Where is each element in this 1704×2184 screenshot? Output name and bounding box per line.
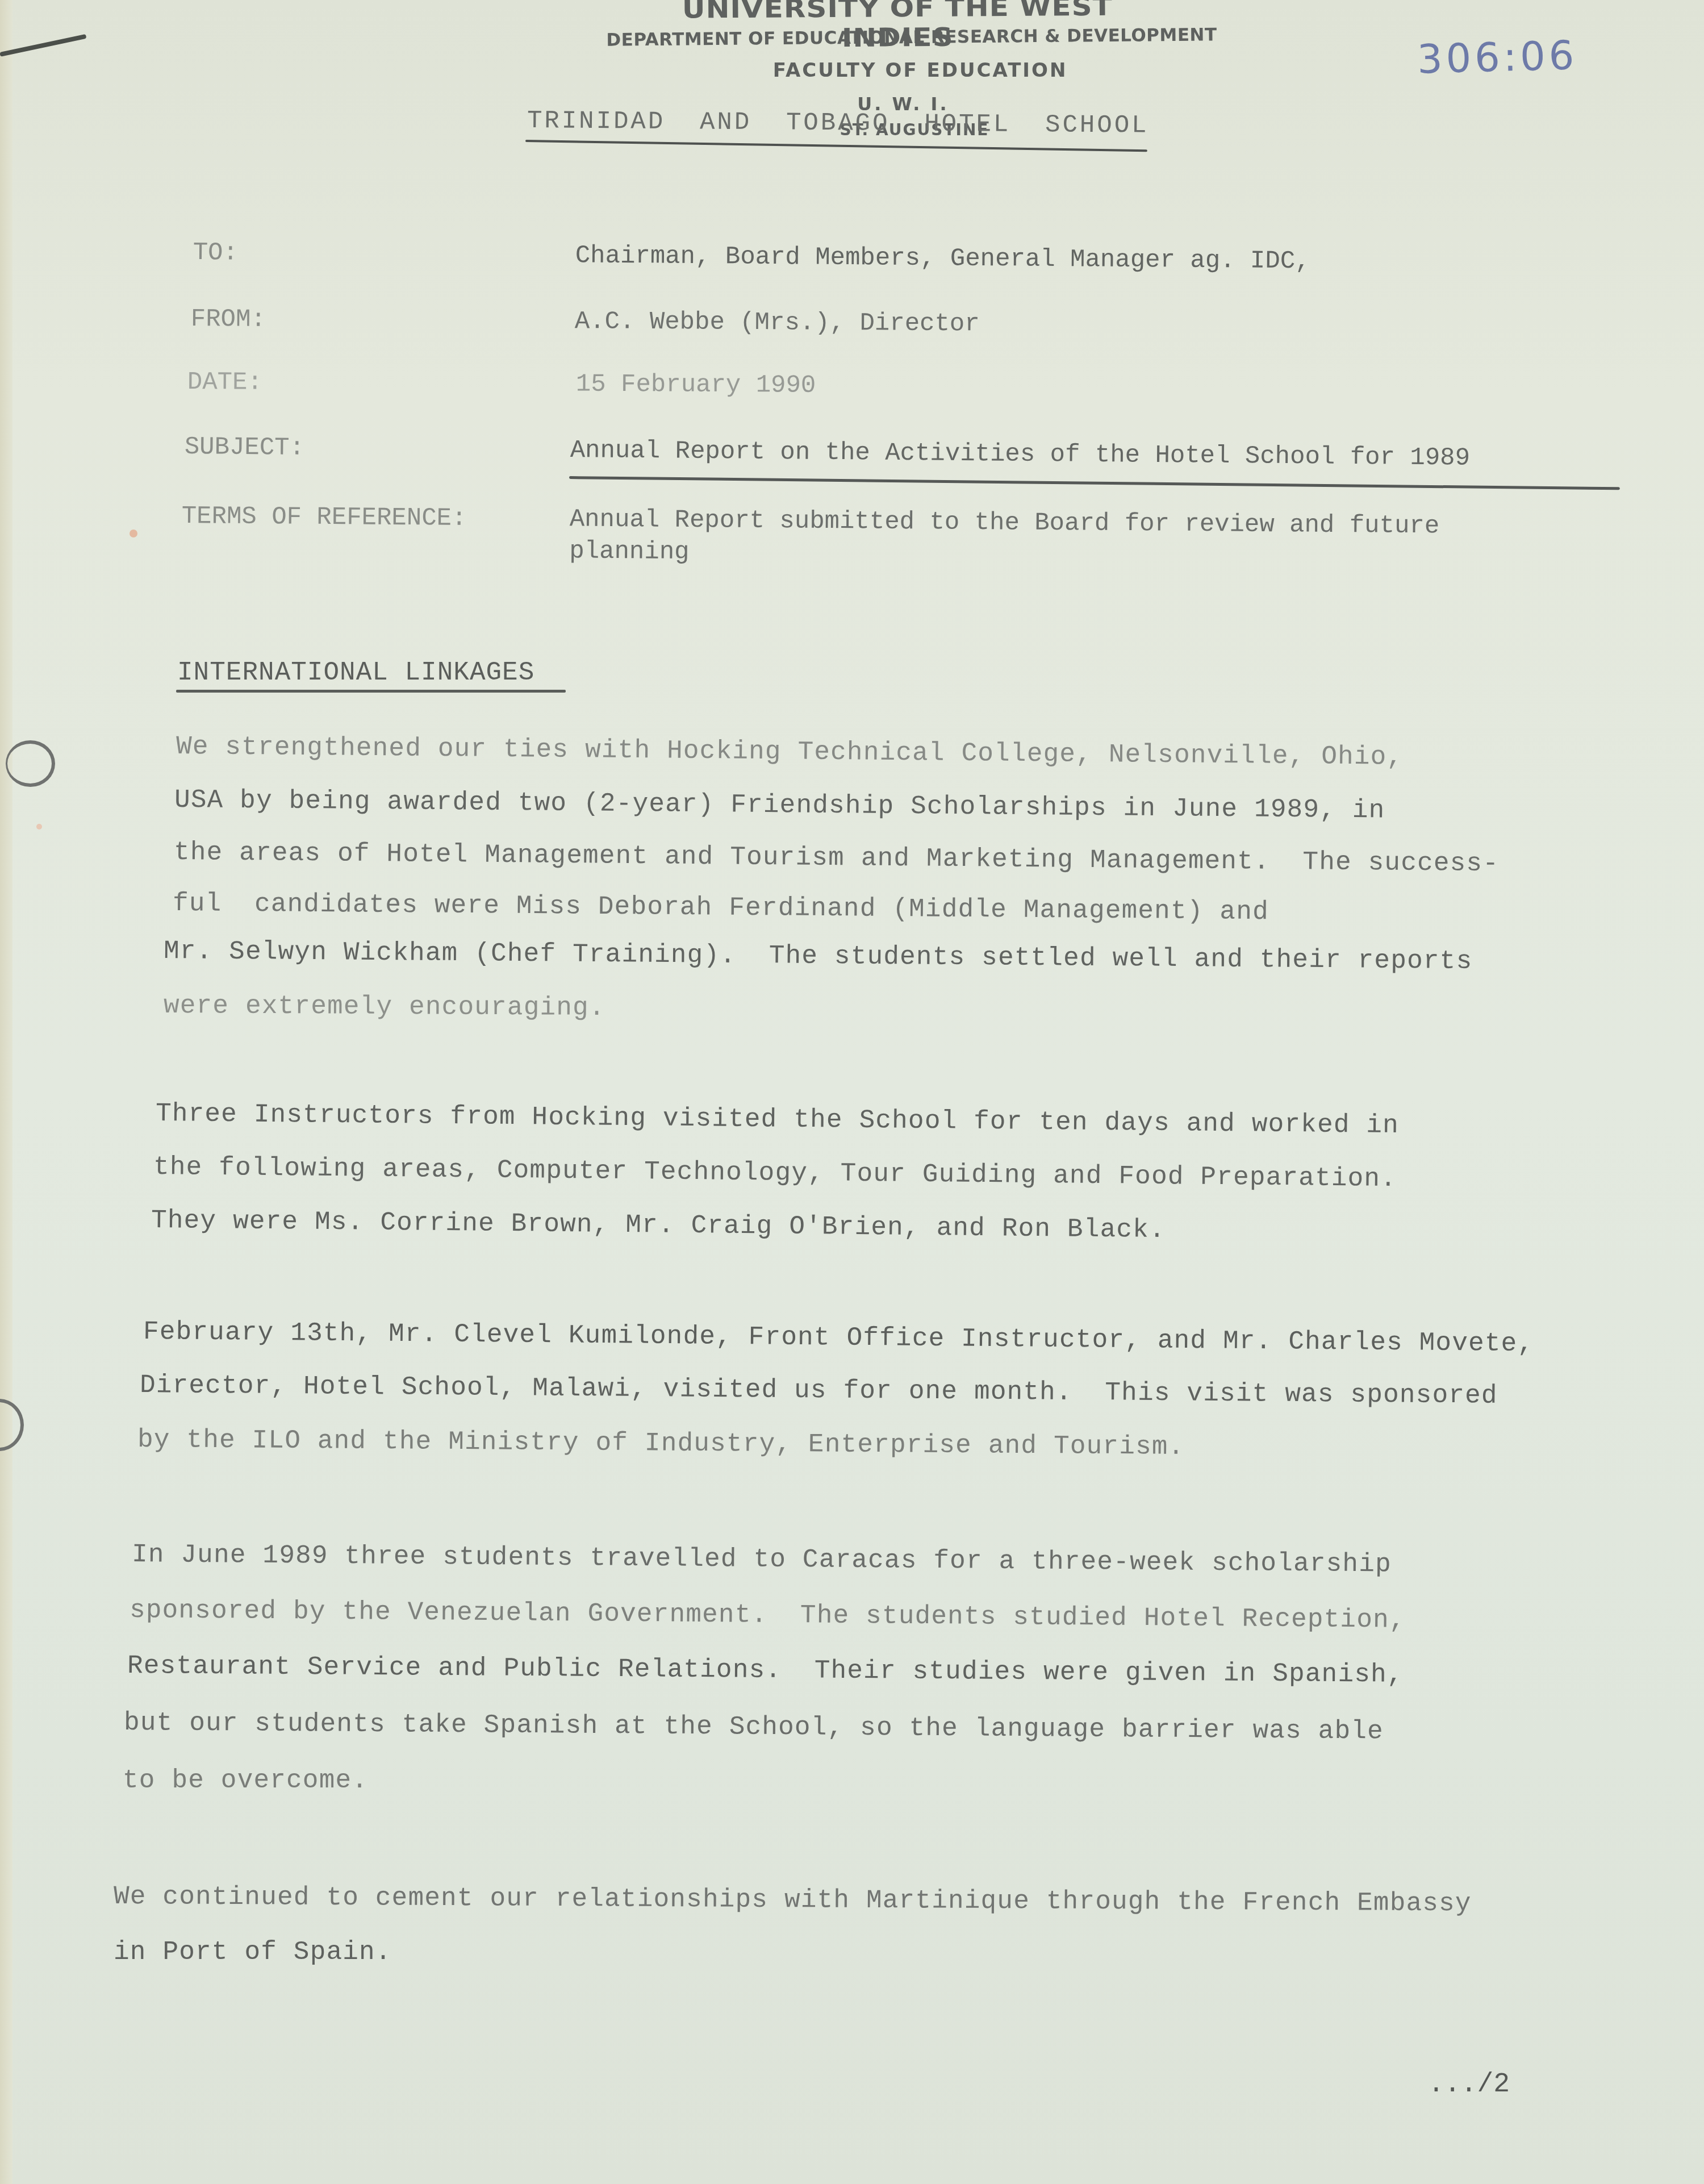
paragraph-line: Mr. Selwyn Wickham (Chef Training). The … <box>164 936 1473 976</box>
memo-terms-value-line-1: Annual Report submitted to the Board for… <box>570 505 1440 540</box>
handwritten-reference-number: 306:06 <box>1417 32 1578 82</box>
page-continuation-marker: .../2 <box>1428 2069 1510 2100</box>
paragraph-line: sponsored by the Venezuelan Government. … <box>130 1595 1406 1635</box>
memo-subject-label: SUBJECT: <box>185 433 305 462</box>
paragraph-line: the areas of Hotel Management and Touris… <box>174 837 1500 878</box>
memo-to-value: Chairman, Board Members, General Manager… <box>575 241 1310 276</box>
paragraph-line: in Port of Spain. <box>114 1937 392 1967</box>
paragraph-line: were extremely encouraging. <box>164 991 605 1023</box>
paragraph-line: They were Ms. Corrine Brown, Mr. Craig O… <box>151 1206 1166 1245</box>
school-title: TRINIDAD AND TOBAGO HOTEL SCHOOL <box>527 107 1149 140</box>
title-underline <box>525 140 1147 152</box>
paragraph-line: by the ILO and the Ministry of Industry,… <box>137 1425 1185 1462</box>
pen-mark <box>0 34 86 57</box>
paragraph-line: February 13th, Mr. Clevel Kumilonde, Fro… <box>143 1317 1534 1358</box>
memo-terms-value-line-2: planning <box>569 537 690 566</box>
paragraph-line: USA by being awarded two (2-year) Friend… <box>174 785 1385 826</box>
memo-subject-value: Annual Report on the Activities of the H… <box>570 436 1471 473</box>
paragraph-line: but our students take Spanish at the Sch… <box>124 1708 1384 1746</box>
paragraph-line: We continued to cement our relationships… <box>114 1882 1472 1919</box>
section-heading: INTERNATIONAL LINKAGES <box>177 658 534 687</box>
paragraph-line: Director, Hotel School, Malawi, visited … <box>140 1370 1498 1411</box>
paper-edge <box>0 0 12 2184</box>
memo-from-label: FROM: <box>191 305 266 334</box>
stain-mark <box>130 530 137 537</box>
paragraph-line: to be overcome. <box>123 1766 368 1795</box>
paragraph-line: Three Instructors from Hocking visited t… <box>156 1099 1400 1140</box>
memo-terms-label: TERMS OF REFERENCE: <box>182 502 467 533</box>
faculty-name: FACULTY OF EDUCATION <box>750 59 1091 82</box>
paragraph-line: We strengthened our ties with Hocking Te… <box>176 732 1404 772</box>
punch-hole-bottom <box>0 1399 24 1451</box>
stain-mark <box>36 824 42 830</box>
subject-underline <box>569 476 1620 490</box>
section-heading-underline <box>176 690 566 693</box>
paragraph-line: In June 1989 three students travelled to… <box>132 1540 1392 1579</box>
paragraph-line: ful candidates were Miss Deborah Ferdina… <box>173 889 1269 927</box>
memo-to-label: TO: <box>193 239 239 268</box>
punch-hole-top <box>6 740 55 787</box>
memo-from-value: A.C. Webbe (Mrs.), Director <box>575 307 980 338</box>
memo-date-value: 15 February 1990 <box>576 370 816 400</box>
paragraph-line: Restaurant Service and Public Relations.… <box>127 1651 1404 1690</box>
paragraph-line: the following areas, Computer Technology… <box>153 1152 1397 1194</box>
memo-date-label: DATE: <box>187 368 262 397</box>
